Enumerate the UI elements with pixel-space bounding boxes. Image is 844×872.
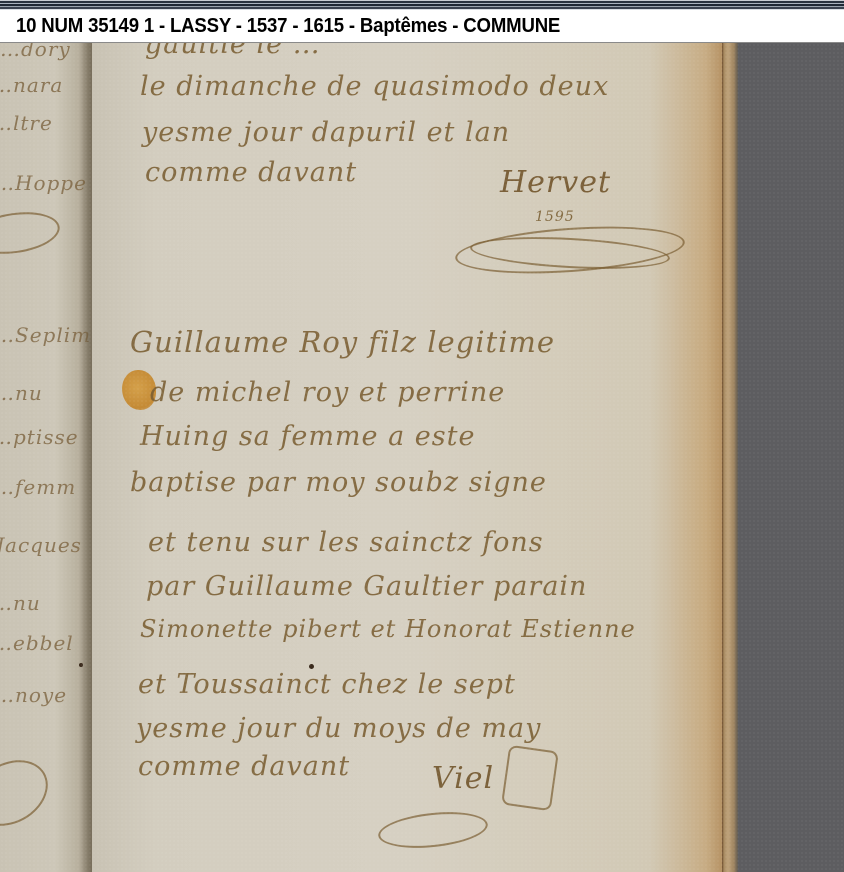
page-edge: [722, 43, 738, 872]
ink-dot: [309, 664, 314, 669]
document-title: 10 NUM 35149 1 - LASSY - 1537 - 1615 - B…: [16, 15, 560, 38]
window-frame-top: [0, 0, 844, 10]
margin-line: …dory: [0, 43, 71, 61]
margin-line: …nu: [0, 591, 41, 615]
handwritten-line: le dimanche de quasimodo deux: [140, 71, 609, 102]
signature-flourish: [501, 745, 559, 811]
handwritten-line: Huing sa femme a este: [140, 421, 475, 452]
handwritten-line: par Guillaume Gaultier parain: [146, 571, 587, 602]
margin-line: …nara: [0, 73, 63, 97]
margin-line: …ptisse: [0, 425, 79, 449]
handwritten-line: comme davant: [145, 157, 357, 188]
signature: Viel: [432, 761, 494, 796]
title-bar: 10 NUM 35149 1 - LASSY - 1537 - 1615 - B…: [0, 10, 844, 43]
margin-line: Jacques: [0, 533, 82, 557]
margin-flourish: [0, 747, 60, 839]
handwritten-line: comme davant: [138, 751, 350, 782]
handwritten-line: Simonette pibert et Honorat Estienne: [140, 615, 636, 643]
handwritten-line: et Toussainct chez le sept: [138, 669, 516, 700]
margin-line: …Hoppe: [0, 171, 87, 195]
margin-line: …femm: [0, 475, 76, 499]
left-page: …dory …nara …ltre …Hoppe …Seplimi …nu …p…: [0, 43, 92, 872]
margin-line: …nu: [0, 381, 43, 405]
margin-line: …ltre: [0, 111, 53, 135]
handwritten-line: Guillaume Roy filz legitime: [130, 325, 555, 359]
margin-line: …ebbel: [0, 631, 74, 655]
handwritten-line: yesme jour du moys de may: [136, 713, 541, 744]
handwritten-line: de michel roy et perrine: [150, 377, 505, 408]
handwritten-line: gaultie le …: [145, 43, 321, 60]
image-viewer[interactable]: …dory …nara …ltre …Hoppe …Seplimi …nu …p…: [0, 43, 844, 872]
margin-line: …noye: [0, 683, 67, 707]
signature-year: 1595: [535, 209, 575, 225]
margin-flourish: [0, 207, 62, 259]
handwritten-line: et tenu sur les sainctz fons: [148, 527, 544, 558]
handwritten-line: baptise par moy soubz signe: [130, 467, 547, 498]
ink-dot: [79, 663, 83, 667]
signature: Hervet: [500, 165, 611, 200]
handwritten-line: yesme jour dapuril et lan: [142, 117, 510, 148]
